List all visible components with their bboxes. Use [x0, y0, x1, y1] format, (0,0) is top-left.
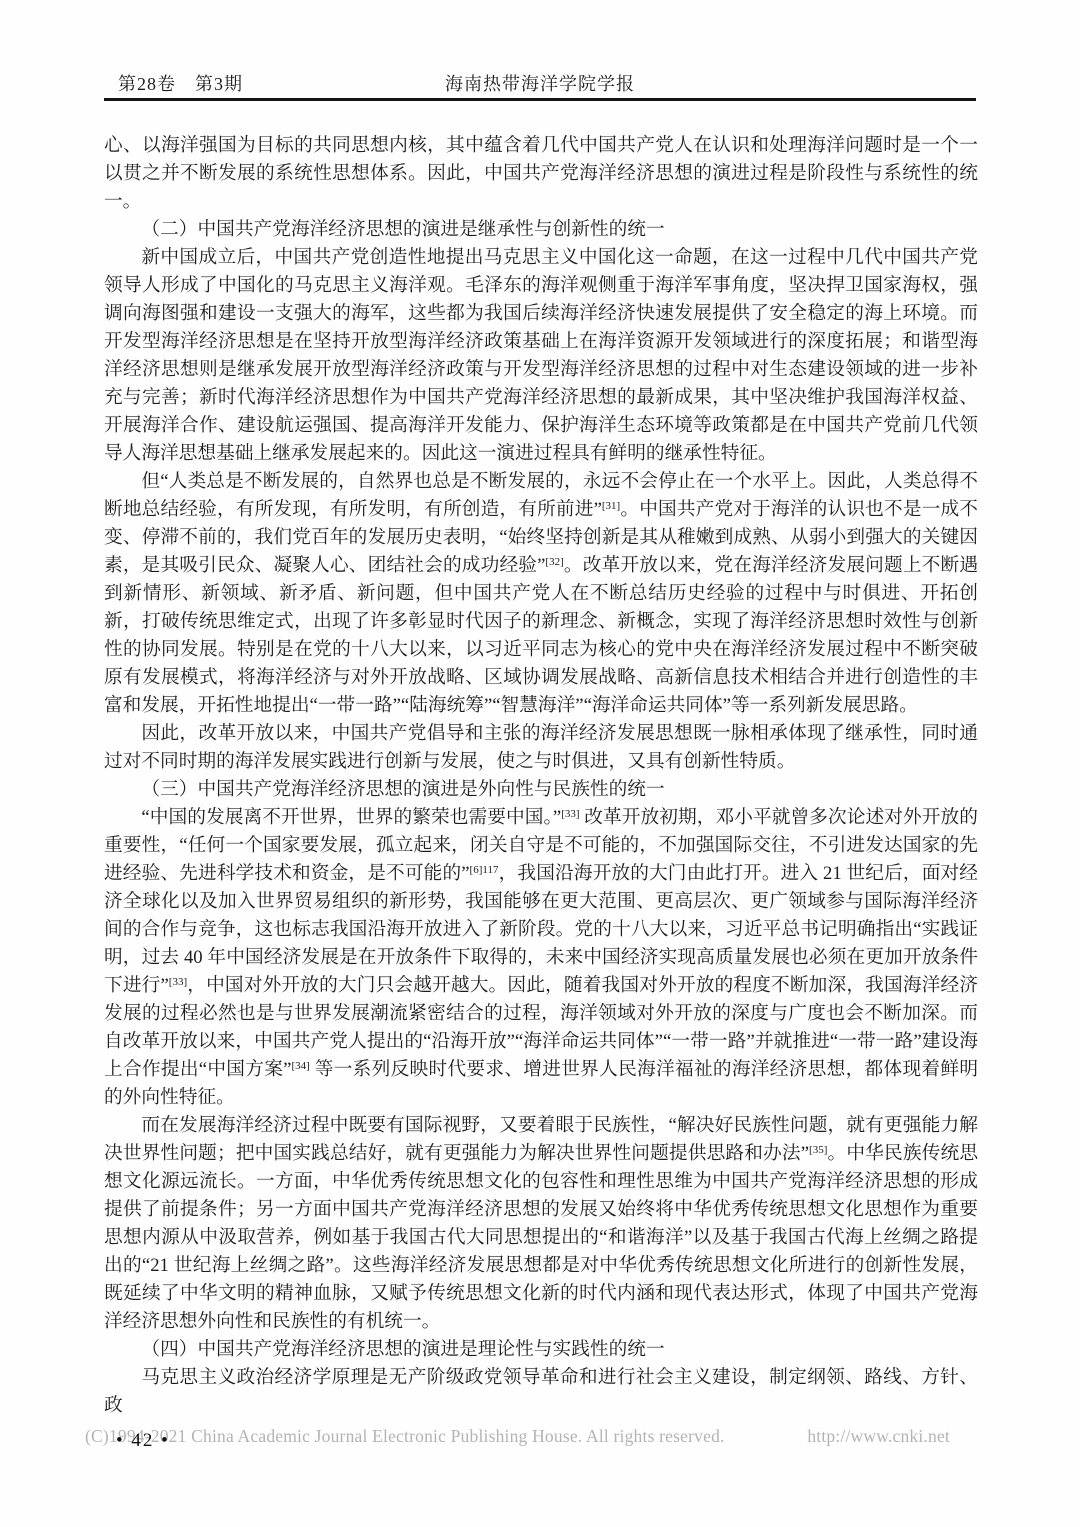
- body-paragraph: 因此，改革开放以来，中国共产党倡导和主张的海洋经济发展思想既一脉相承体现了继承性…: [104, 720, 978, 776]
- body-paragraph: “中国的发展离不开世界，世界的繁荣也需要中国。”[33] 改革开放初期，邓小平就…: [104, 804, 978, 1112]
- body-paragraph: 心、以海洋强国为目标的共同思想内核，其中蕴含着几代中国共产党人在认识和处理海洋问…: [104, 132, 978, 216]
- page-header: 第28卷 第3期 海南热带海洋学院学报: [0, 70, 1080, 96]
- journal-page: 第28卷 第3期 海南热带海洋学院学报 心、以海洋强国为目标的共同思想内核，其中…: [0, 0, 1080, 1527]
- body-paragraph: 马克思主义政治经济学原理是无产阶级政党领导革命和进行社会主义建设，制定纲领、路线…: [104, 1364, 978, 1420]
- citation-ref: [31]: [602, 500, 620, 512]
- section-heading: （二）中国共产党海洋经济思想的演进是继承性与创新性的统一: [104, 216, 978, 244]
- header-rule: [104, 98, 976, 101]
- citation-ref: [33]: [169, 976, 187, 988]
- copyright-line: (C)1994-2021 China Academic Journal Elec…: [85, 1426, 950, 1447]
- body-paragraph: 新中国成立后，中国共产党创造性地提出马克思主义中国化这一命题，在这一过程中几代中…: [104, 244, 978, 468]
- journal-title: 海南热带海洋学院学报: [0, 70, 1080, 96]
- section-heading: （三）中国共产党海洋经济思想的演进是外向性与民族性的统一: [104, 776, 978, 804]
- section-heading: （四）中国共产党海洋经济思想的演进是理论性与实践性的统一: [104, 1336, 978, 1364]
- body-paragraph: 而在发展海洋经济过程中既要有国际视野，又要着眼于民族性，“解决好民族性问题，就有…: [104, 1112, 978, 1336]
- page-number: • 42 •: [116, 1430, 170, 1452]
- article-body: 心、以海洋强国为目标的共同思想内核，其中蕴含着几代中国共产党人在认识和处理海洋问…: [104, 132, 978, 1420]
- citation-ref: [6]117: [470, 864, 499, 876]
- copyright-text: (C)1994-2021 China Academic Journal Elec…: [85, 1426, 725, 1447]
- citation-ref: [35]: [809, 1144, 827, 1156]
- citation-ref: [34]: [291, 1060, 309, 1072]
- cnki-url: http://www.cnki.net: [807, 1426, 950, 1447]
- citation-ref: [33]: [561, 808, 579, 820]
- body-paragraph: 但“人类总是不断发展的，自然界也总是不断发展的，永远不会停止在一个水平上。因此，…: [104, 468, 978, 720]
- citation-ref: [32]: [545, 556, 563, 568]
